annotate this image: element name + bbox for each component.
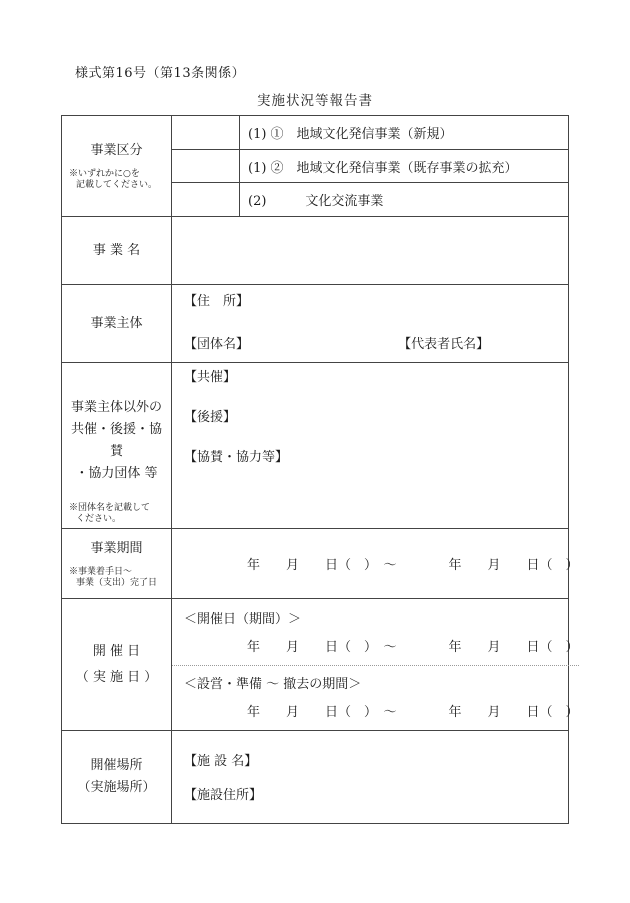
venue-label: 開催場所 （実施場所）: [77, 755, 155, 799]
other-orgs-note: ※団体名を記載して ください。: [65, 503, 150, 525]
row-venue: 開催場所 （実施場所） 【施 設 名】 【施設住所】: [62, 730, 568, 823]
circle-mark-cell: [172, 150, 240, 183]
circle-mark-cell: [172, 116, 240, 149]
business-category-label-cell: 事業区分 ※いずれかに○を 記載してください。: [62, 116, 172, 216]
category-option-label: (2) 文化交流事業: [240, 183, 568, 216]
other-orgs-content: 【共催】 【後援】 【協賛・協力等】: [172, 363, 568, 528]
label-line: 開催場所: [77, 755, 155, 777]
row-other-organizations: 事業主体以外の 共催・後援・協賛 ・協力団体 等 ※団体名を記載して ください。…: [62, 362, 568, 528]
entity-org-line: 【団体名】 【代表者氏名】: [184, 336, 568, 353]
label-line: （実施場所）: [77, 777, 155, 799]
other-orgs-label: 事業主体以外の 共催・後援・協賛 ・協力団体 等: [65, 397, 168, 485]
business-period-note: ※事業着手日～ 事業（支出）完了日: [65, 567, 157, 589]
cohost-label: 【共催】: [184, 369, 568, 386]
label-line: 開 催 日: [76, 639, 158, 665]
business-name-label-cell: 事 業 名: [62, 217, 172, 284]
business-period-content: 年 月 日（ ） ～ 年 月 日（ ）: [172, 529, 579, 598]
setup-removal-date-line: 年 月 日（ ） ～ 年 月 日（ ）: [172, 701, 579, 720]
category-option-row: (1) ① 地域文化発信事業（新規）: [172, 116, 568, 149]
business-name-label: 事 業 名: [93, 241, 140, 261]
note-line: ※事業着手日～: [69, 567, 157, 578]
venue-content: 【施 設 名】 【施設住所】: [172, 731, 568, 823]
category-option-row: (1) ② 地域文化発信事業（既存事業の拡充）: [172, 149, 568, 183]
business-entity-label-cell: 事業主体: [62, 285, 172, 362]
category-option-label: (1) ② 地域文化発信事業（既存事業の拡充）: [240, 150, 568, 183]
setup-removal-section: ＜設営・準備 ～ 撤去の期間＞ 年 月 日（ ） ～ 年 月 日（ ）: [172, 665, 579, 730]
entity-org-label: 【団体名】: [184, 337, 249, 352]
sponsor-label: 【協賛・協力等】: [184, 449, 568, 466]
label-line: 共催・後援・協賛: [65, 419, 168, 463]
venue-label-cell: 開催場所 （実施場所）: [62, 731, 172, 823]
row-business-period: 事業期間 ※事業着手日～ 事業（支出）完了日 年 月 日（ ） ～ 年 月 日（…: [62, 528, 568, 598]
event-period-date-line: 年 月 日（ ） ～ 年 月 日（ ）: [172, 636, 579, 655]
business-category-note: ※いずれかに○を 記載してください。: [65, 169, 157, 191]
business-entity-content: 【住 所】 【団体名】 【代表者氏名】: [172, 285, 568, 362]
support-label: 【後援】: [184, 409, 568, 426]
label-line: 事業主体以外の: [65, 397, 168, 419]
business-category-label: 事業区分: [90, 141, 142, 161]
row-event-day: 開 催 日 （ 実 施 日 ） ＜開催日（期間）＞ 年 月 日（ ） ～ 年 月…: [62, 598, 568, 730]
note-line: 記載してください。: [69, 180, 157, 191]
note-line: ください。: [69, 514, 150, 525]
note-line: 事業（支出）完了日: [69, 578, 157, 589]
entity-representative-label: 【代表者氏名】: [398, 337, 489, 352]
category-option-row: (2) 文化交流事業: [172, 182, 568, 216]
setup-removal-title: ＜設営・準備 ～ 撤去の期間＞: [172, 676, 579, 693]
category-option-label: (1) ① 地域文化発信事業（新規）: [240, 116, 568, 149]
note-line: ※いずれかに○を: [69, 169, 157, 180]
facility-address-label: 【施設住所】: [184, 787, 568, 804]
event-period-section: ＜開催日（期間）＞ 年 月 日（ ） ～ 年 月 日（ ）: [172, 599, 579, 665]
row-business-category: 事業区分 ※いずれかに○を 記載してください。 (1) ① 地域文化発信事業（新…: [62, 116, 568, 216]
report-form-page: 様式第16号（第13条関係） 実施状況等報告書 事業区分 ※いずれかに○を 記載…: [0, 0, 630, 903]
business-period-label-cell: 事業期間 ※事業着手日～ 事業（支出）完了日: [62, 529, 172, 598]
circle-mark-cell: [172, 183, 240, 216]
page-title: 実施状況等報告書: [0, 89, 630, 109]
business-entity-label: 事業主体: [90, 314, 142, 334]
facility-name-label: 【施 設 名】: [184, 753, 568, 770]
row-business-entity: 事業主体 【住 所】 【団体名】 【代表者氏名】: [62, 284, 568, 362]
note-line: ※団体名を記載して: [69, 503, 150, 514]
event-day-label: 開 催 日 （ 実 施 日 ）: [76, 639, 158, 691]
report-table: 事業区分 ※いずれかに○を 記載してください。 (1) ① 地域文化発信事業（新…: [61, 115, 569, 824]
label-line: ・協力団体 等: [65, 463, 168, 485]
entity-address-label: 【住 所】: [184, 293, 568, 310]
business-category-options: (1) ① 地域文化発信事業（新規） (1) ② 地域文化発信事業（既存事業の拡…: [172, 116, 568, 216]
business-period-label: 事業期間: [90, 539, 142, 559]
event-day-content: ＜開催日（期間）＞ 年 月 日（ ） ～ 年 月 日（ ） ＜設営・準備 ～ 撤…: [172, 599, 579, 730]
business-name-value-cell: [172, 217, 568, 284]
event-period-title: ＜開催日（期間）＞: [172, 611, 579, 628]
row-business-name: 事 業 名: [62, 216, 568, 284]
label-line: （ 実 施 日 ）: [76, 665, 158, 691]
other-orgs-label-cell: 事業主体以外の 共催・後援・協賛 ・協力団体 等 ※団体名を記載して ください。: [62, 363, 172, 528]
form-number: 様式第16号（第13条関係）: [75, 62, 245, 81]
period-date-line: 年 月 日（ ） ～ 年 月 日（ ）: [172, 554, 579, 573]
event-day-label-cell: 開 催 日 （ 実 施 日 ）: [62, 599, 172, 730]
